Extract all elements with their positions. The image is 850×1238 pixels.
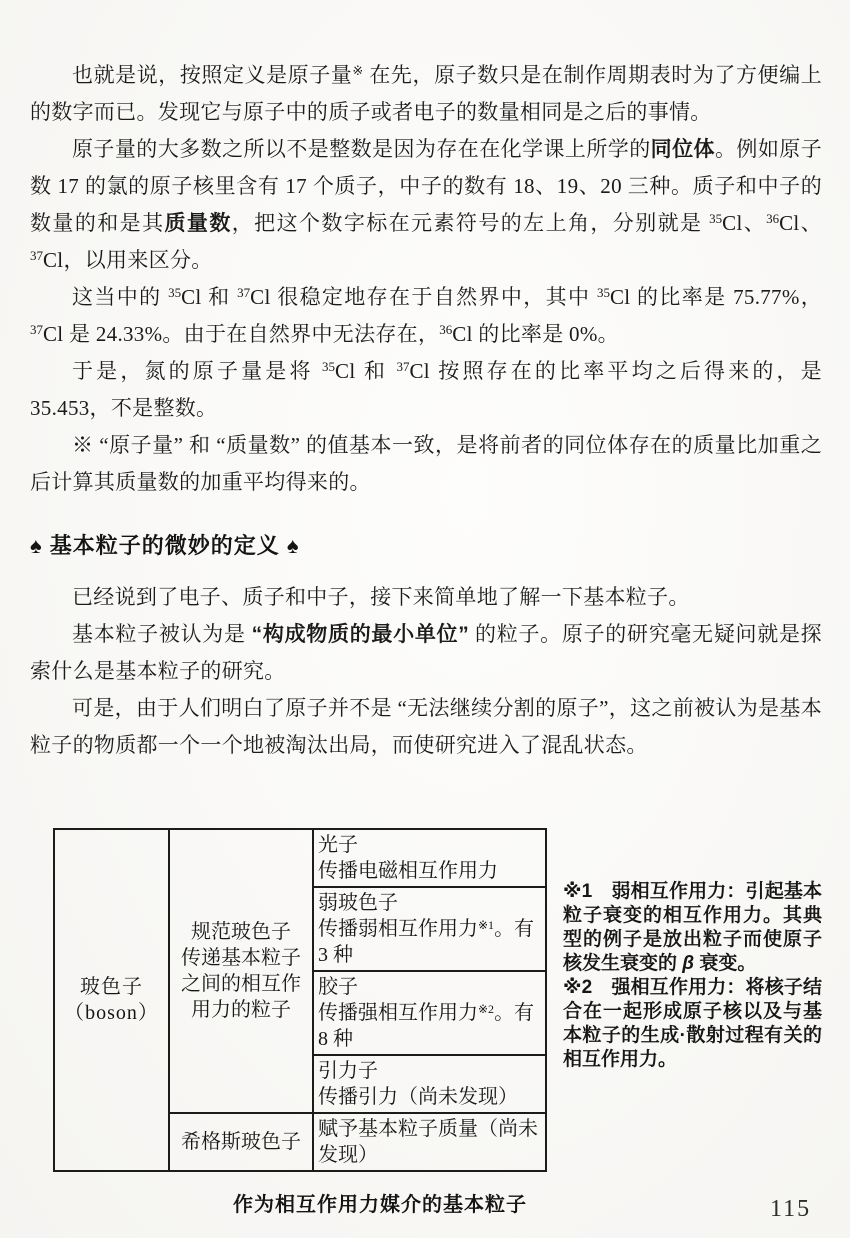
paragraph-footnote-atomic-weight: ※ “原子量” 和 “质量数” 的值基本一致，是将前者的同位体存在的质量比加重之… — [30, 427, 822, 501]
cell-higgs-desc: 赋予基本粒子质量（尚未发现） — [313, 1113, 546, 1171]
cell-gauge-boson-group: 规范玻色子传递基本粒子之间的相互作用力的粒子 — [169, 829, 313, 1113]
particle-name: 光子 — [318, 832, 541, 858]
page-number: 115 — [770, 1196, 811, 1223]
particle-name: 引力子 — [318, 1058, 541, 1084]
paragraph-cl-ratios: 这当中的 35Cl 和 37Cl 很稳定地存在于自然界中，其中 35Cl 的比率… — [30, 279, 822, 353]
paragraph-smallest-unit: 基本粒子被认为是 “构成物质的最小单位” 的粒子。原子的研究毫无疑问就是探索什么… — [30, 616, 822, 690]
table-caption: 作为相互作用力媒介的基本粒子 — [30, 1188, 730, 1217]
paragraph-isotopes: 原子量的大多数之所以不是整数是因为存在在化学课上所学的同位体。例如原子数 17 … — [30, 131, 822, 279]
particle-desc: 传播弱相互作用力※1。有 3 种 — [318, 916, 541, 968]
cell-higgs-label: 希格斯玻色子 — [169, 1113, 313, 1171]
particle-name: 弱玻色子 — [318, 890, 541, 916]
particle-desc: 传播电磁相互作用力 — [318, 858, 541, 884]
cell-gluon: 胶子 传播强相互作用力※2。有 8 种 — [313, 971, 546, 1055]
book-page: 也就是说，按照定义是原子量※ 在先，原子数只是在制作周期表时为了方便编上的数字而… — [0, 0, 850, 1238]
paragraph-research-chaos: 可是，由于人们明白了原子并不是 “无法继续分割的原子”，这之前被认为是基本粒子的… — [30, 690, 822, 764]
cell-photon: 光子 传播电磁相互作用力 — [313, 829, 546, 887]
table-row: 玻色子（boson） 规范玻色子传递基本粒子之间的相互作用力的粒子 光子 传播电… — [54, 829, 546, 887]
footnote-weak-interaction: ※1 弱相互作用力：引起基本粒子衰变的相互作用力。其典型的例子是放出粒子而使原子… — [563, 880, 822, 976]
boson-table: 玻色子（boson） 规范玻色子传递基本粒子之间的相互作用力的粒子 光子 传播电… — [53, 828, 547, 1172]
particle-name: 胶子 — [318, 974, 541, 1000]
text-column: 也就是说，按照定义是原子量※ 在先，原子数只是在制作周期表时为了方便编上的数字而… — [30, 57, 822, 1217]
footnote-strong-interaction: ※2 强相互作用力：将核子结合在一起形成原子核以及与基本粒子的生成·散射过程有关… — [563, 976, 822, 1072]
paragraph-intro-particles: 已经说到了电子、质子和中子，接下来简单地了解一下基本粒子。 — [30, 579, 822, 616]
particle-desc: 传播引力（尚未发现） — [318, 1084, 541, 1110]
cell-boson-category: 玻色子（boson） — [54, 829, 169, 1171]
section-heading: ♠ 基本粒子的微妙的定义 ♠ — [30, 529, 822, 562]
cell-graviton: 引力子 传播引力（尚未发现） — [313, 1055, 546, 1113]
particle-desc: 传播强相互作用力※2。有 8 种 — [318, 1000, 541, 1052]
boson-figure: 玻色子（boson） 规范玻色子传递基本粒子之间的相互作用力的粒子 光子 传播电… — [30, 828, 822, 1172]
paragraph-atomic-weight-average: 于是，氮的原子量是将 35Cl 和 37Cl 按照存在的比率平均之后得来的，是 … — [30, 353, 822, 427]
footnotes: ※1 弱相互作用力：引起基本粒子衰变的相互作用力。其典型的例子是放出粒子而使原子… — [563, 828, 822, 1072]
paragraph-atomic-number: 也就是说，按照定义是原子量※ 在先，原子数只是在制作周期表时为了方便编上的数字而… — [30, 57, 822, 131]
cell-weak-boson: 弱玻色子 传播弱相互作用力※1。有 3 种 — [313, 887, 546, 971]
